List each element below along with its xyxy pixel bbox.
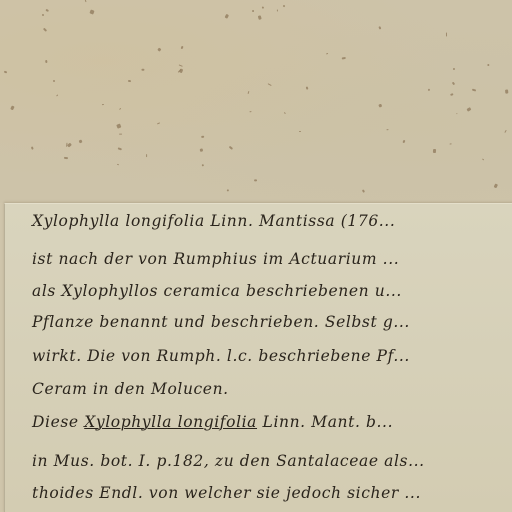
manuscript-line-3: als Xylophyllos ceramica beschriebenen u… <box>32 282 402 300</box>
manuscript-line-9: thoides Endl. von welcher sie jedoch sic… <box>32 484 421 502</box>
paper-fleck <box>31 147 34 150</box>
paper-fleck <box>200 148 203 152</box>
paper-fleck <box>201 136 204 138</box>
paper-fleck <box>118 147 122 150</box>
line-7-text: Diese Xylophylla longifolia Linn. Mant. … <box>32 413 393 431</box>
paper-fleck <box>64 157 68 159</box>
paper-fleck <box>433 149 436 153</box>
manuscript-line-5: wirkt. Die von Rumph. l.c. beschriebene … <box>32 347 410 365</box>
paper-fleck <box>456 113 458 114</box>
manuscript-line-8: in Mus. bot. I. p.182, zu den Santalacea… <box>32 452 425 470</box>
paper-fleck <box>128 79 131 81</box>
manuscript-line-4: Pflanze benannt und beschrieben. Selbst … <box>32 313 410 331</box>
manuscript-line-7: Diese Xylophylla longifolia Linn. Mant. … <box>32 413 393 431</box>
manuscript-line-6: Ceram in den Molucen. <box>32 380 229 398</box>
paper-fleck <box>146 154 147 157</box>
paper-fleck <box>446 33 447 37</box>
manuscript-line-1: Xylophylla longifolia Linn. Mantissa (17… <box>32 212 395 230</box>
paper-fleck <box>341 56 345 58</box>
paper-fleck <box>453 68 455 70</box>
backing-paper <box>0 0 512 203</box>
paper-fleck <box>505 90 508 94</box>
underlined-species-name: Xylophylla longifolia <box>84 413 257 431</box>
manuscript-line-2: ist nach der von Rumphius im Actuarium .… <box>32 250 399 268</box>
